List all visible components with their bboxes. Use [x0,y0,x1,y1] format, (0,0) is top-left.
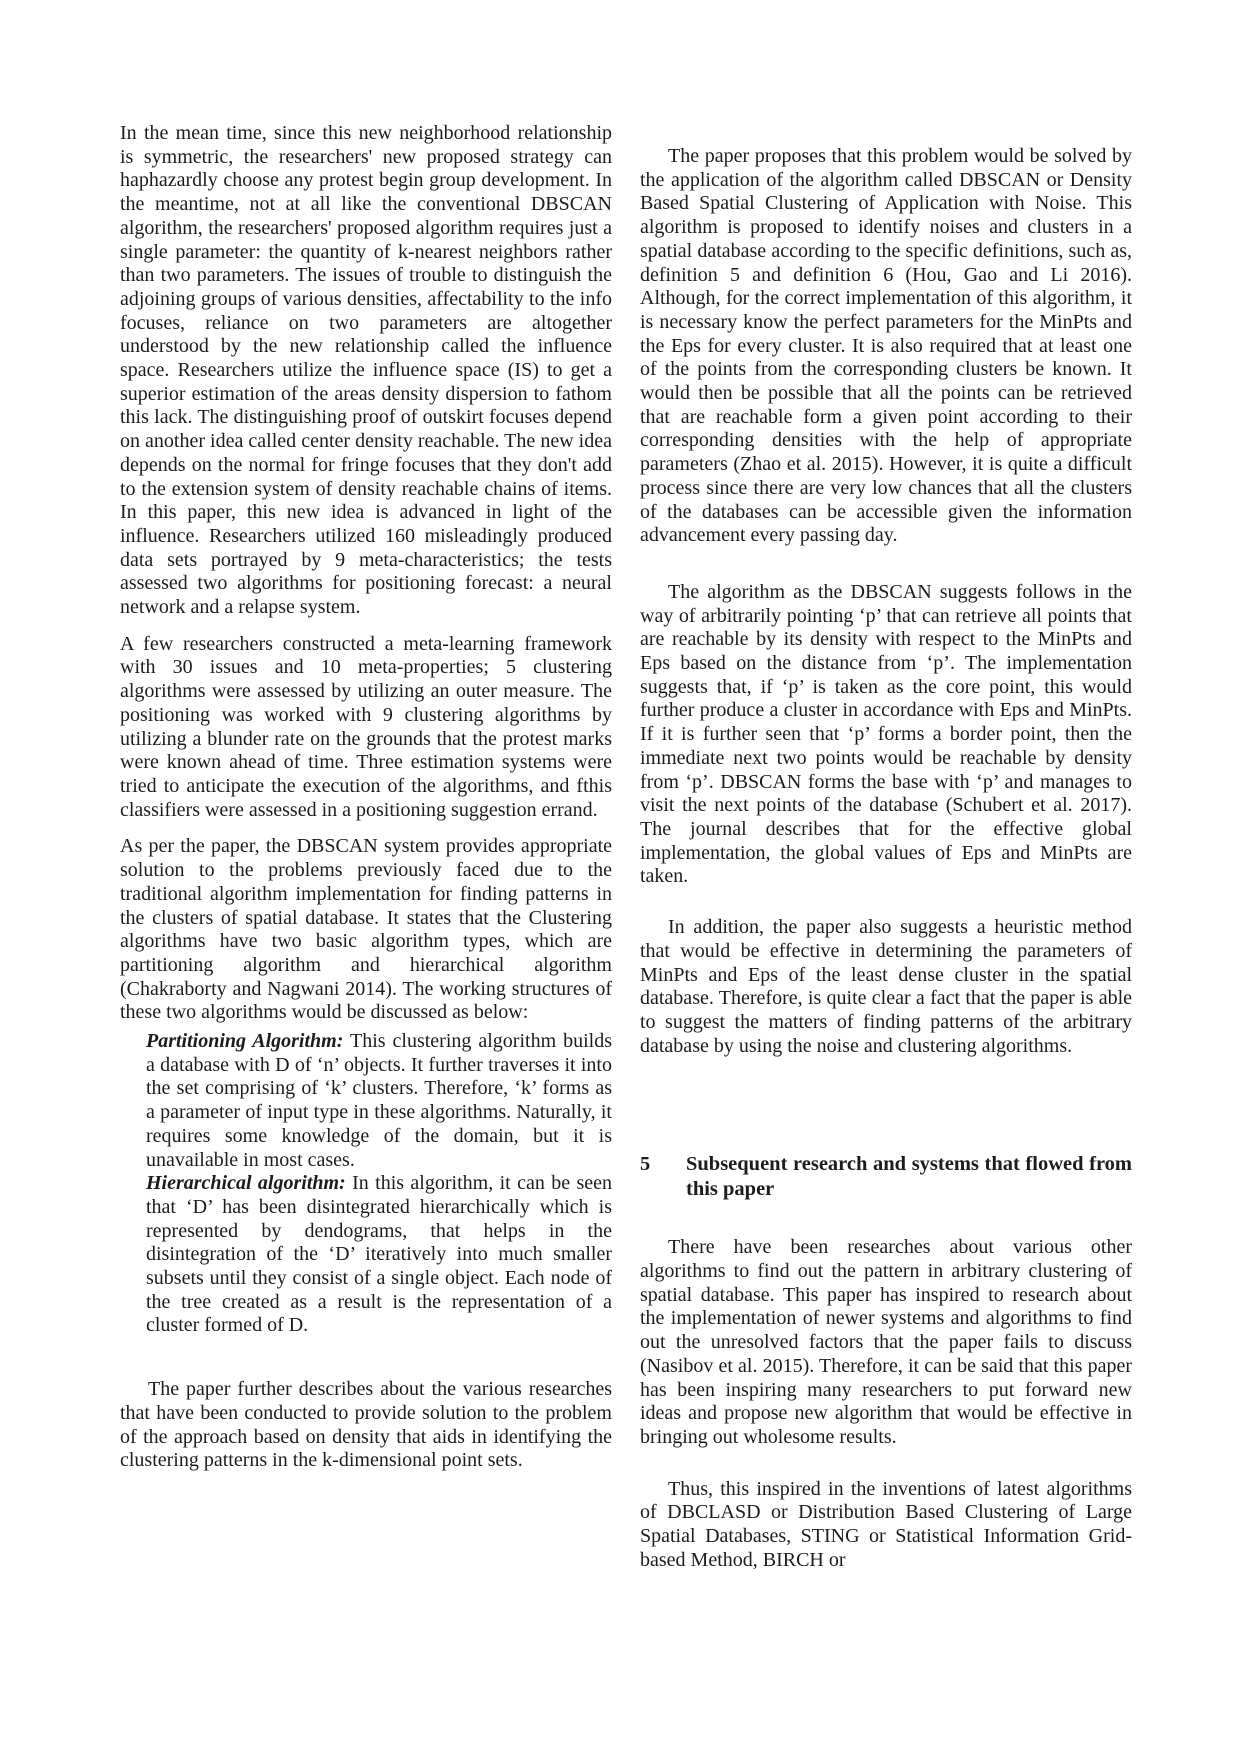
definition-partitioning: Partitioning Algorithm: This clustering … [146,1030,612,1172]
body-paragraph: In addition, the paper also suggests a h… [640,916,1132,1058]
right-column: The paper proposes that this problem wou… [640,145,1132,1572]
section-title: Subsequent research and systems that flo… [686,1152,1132,1202]
body-paragraph: There have been researches about various… [640,1236,1132,1449]
definition-lead: Partitioning Algorithm: [146,1030,343,1052]
body-paragraph: The algorithm as the DBSCAN suggests fol… [640,581,1132,889]
body-paragraph: The paper proposes that this problem wou… [640,145,1132,548]
section-number: 5 [640,1152,686,1202]
left-column: In the mean time, since this new neighbo… [120,122,612,1473]
document-page: In the mean time, since this new neighbo… [0,0,1241,1754]
body-paragraph: The paper further describes about the va… [120,1378,612,1473]
body-paragraph: In the mean time, since this new neighbo… [120,122,612,620]
body-paragraph: A few researchers constructed a meta-lea… [120,633,612,823]
definition-lead: Hierarchical algorithm: [146,1172,346,1194]
body-paragraph: As per the paper, the DBSCAN system prov… [120,835,612,1025]
definition-hierarchical: Hierarchical algorithm: In this algorith… [146,1172,612,1338]
section-heading: 5 Subsequent research and systems that f… [640,1152,1132,1202]
body-paragraph: Thus, this inspired in the inventions of… [640,1478,1132,1573]
definition-text: In this algorithm, it can be seen that ‘… [146,1172,612,1336]
